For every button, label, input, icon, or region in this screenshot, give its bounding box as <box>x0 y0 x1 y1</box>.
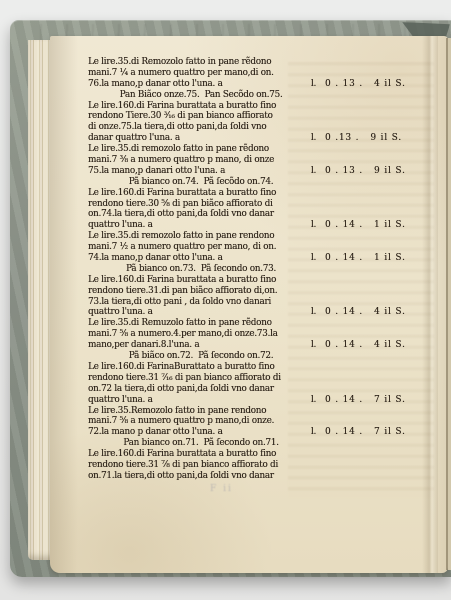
lira-mark: l. <box>311 133 316 144</box>
photo-background: Le lire.35.di Remozolo fatto in pane rẽd… <box>0 0 451 600</box>
line-text: di onze.75.la tiera,di otto pani,da ſold… <box>88 122 266 132</box>
margin-price-note: 0 . 13 . 4 il S. <box>325 79 451 90</box>
margin-price-note: 0 . 14 . 7 il S. <box>325 395 451 406</box>
lira-mark: l. <box>311 166 316 177</box>
text-line: Le lire.35.di Remozolo fatto in pane rẽd… <box>88 57 314 68</box>
line-text: rendono Tiere.30 ³⁄₁₆ di pan bianco affi… <box>88 111 273 121</box>
text-line: mani.7 ⅝ a numero.4.per mano,di onze.73.… <box>88 329 314 340</box>
text-line: quattro l'una. al.0 . 14 . 7 il S. <box>88 395 314 406</box>
text-line: on.74.la tiera,di otto pani,da ſoldi vno… <box>88 209 314 220</box>
text-line: 75.la mano,p danari otto l'una. al.0 . 1… <box>88 166 314 177</box>
lira-mark: l. <box>311 220 316 231</box>
text-line: rendono tiere.31 ⁷⁄₁₆ di pan bianco affi… <box>88 373 314 384</box>
text-line: quattro l'una. al.0 . 14 . 1 il S. <box>88 220 314 231</box>
line-text: 75.la mano,p danari otto l'una. a <box>88 166 225 176</box>
line-text: Le lire.160.di Farina burattata a buratt… <box>88 449 276 459</box>
text-line: Pã bianco on.73. Pã ſecondo on.73. <box>88 264 314 275</box>
text-line: Le lire.160.di FarinaBurattato a buratto… <box>88 362 314 373</box>
lira-mark: l. <box>311 395 316 406</box>
line-text: danar quattro l'una. a <box>88 133 180 143</box>
text-line: on.72 la tiera,di otto pani,da ſoldi vno… <box>88 384 314 395</box>
line-text: 73.la tiera,di otto pani , da ſoldo vno … <box>88 297 271 307</box>
line-text: Le lire.35.Remozolo fatto in pane rendon… <box>88 406 266 416</box>
line-text: Pã bianco on.73. Pã ſecondo on.73. <box>126 264 276 274</box>
margin-price-note: 0 .13 . 9 il S. <box>325 133 451 144</box>
line-text: rendono tiere.31 ⅞ di pan bianco affiora… <box>88 460 278 470</box>
text-line: Le lire.160.di Farina burattata a buratt… <box>88 275 314 286</box>
text-line: Pan bianco on.71. Pã ſecondo on.71. <box>88 438 314 449</box>
line-text: Le lire.160.di FarinaBurattato a buratto… <box>88 362 274 372</box>
line-text: rendono tiere.31.di pan biãco affiorato … <box>88 286 277 296</box>
line-text: Le lire.160.di Farina burattata a buratt… <box>88 275 276 285</box>
line-text: Le lire.35.di remozolo fatto in pane rẽd… <box>88 144 269 154</box>
line-text: mani.7 ⅝ a numero.4.per mano,di onze.73.… <box>88 329 278 339</box>
text-line: rendono tiere.31.di pan biãco affiorato … <box>88 286 314 297</box>
line-text: quattro l'una. a <box>88 395 153 405</box>
margin-price-note: 0 . 14 . 4 il S. <box>325 340 451 351</box>
text-line: mano,per danari.8.l'una. al.0 . 14 . 4 i… <box>88 340 314 351</box>
text-line: rendono tiere.30 ⅝ di pan biãco affiorat… <box>88 199 314 210</box>
line-text: Pã bianco on.74. Pã ſecõdo on.74. <box>129 177 274 187</box>
text-line: Le lire.160.di Farina burattata a buratt… <box>88 188 314 199</box>
line-text: mani.7 ⅝ a numero quattro p mano,di onze… <box>88 416 274 426</box>
text-line: quattro l'una. al.0 . 14 . 4 il S. <box>88 307 314 318</box>
line-text: mani.7 ⅜ a numero quattro p mano, di onz… <box>88 155 274 165</box>
line-text: rendono tiere.31 ⁷⁄₁₆ di pan bianco affi… <box>88 373 281 383</box>
text-line: 74.la mano,p danar otto l'una. al.0 . 14… <box>88 253 314 264</box>
text-line: Le lire.35.di remozolo fatto in pane ren… <box>88 231 314 242</box>
margin-price-note: 0 . 14 . 7 il S. <box>325 427 451 438</box>
text-line: Le lire.35.di remozolo fatto in pane rẽd… <box>88 144 314 155</box>
book-page: Le lire.35.di Remozolo fatto in pane rẽd… <box>50 36 448 573</box>
text-line: mani.7 ⅝ a numero quattro p mano,di onze… <box>88 416 314 427</box>
text-line: Pã bianco on.74. Pã ſecõdo on.74. <box>88 177 314 188</box>
text-line: Pan Biãco onze.75. Pan Secõdo on.75. <box>88 90 314 101</box>
text-line: danar quattro l'una. al.0 .13 . 9 il S. <box>88 133 314 144</box>
line-text: mano,per danari.8.l'una. a <box>88 340 199 350</box>
lira-mark: l. <box>311 253 316 264</box>
text-line: mani.7 ¼ a numero quattro per mano,di on… <box>88 68 314 79</box>
bleed-through-mark: F ii <box>210 484 233 494</box>
text-line: 76.la mano,p danar otto l'una. al.0 . 13… <box>88 79 314 90</box>
lira-mark: l. <box>311 427 316 438</box>
margin-price-note: 0 . 14 . 1 il S. <box>325 220 451 231</box>
text-line: rendono Tiere.30 ³⁄₁₆ di pan bianco affi… <box>88 111 314 122</box>
line-text: Pã biãco on.72. Pã ſecondo on.72. <box>129 351 274 361</box>
line-text: mani.7 ½ a numero quattro per mano, di o… <box>88 242 276 252</box>
text-line: Le lire.35.di Remuzolo fatto in pane rẽd… <box>88 318 314 329</box>
line-text: 74.la mano,p danar otto l'una. a <box>88 253 223 263</box>
line-text: on.74.la tiera,di otto pani,da ſoldi vno… <box>88 209 274 219</box>
line-text: 76.la mano,p danar otto l'una. a <box>88 79 223 89</box>
line-text: quattro l'una. a <box>88 220 153 230</box>
text-line: Le lire.160.di Farina burattata a buratt… <box>88 449 314 460</box>
line-text: Pan Biãco onze.75. Pan Secõdo on.75. <box>120 90 283 100</box>
text-line: mani.7 ½ a numero quattro per mano, di o… <box>88 242 314 253</box>
line-text: Le lire.160.di Farina burattata a buratt… <box>88 188 276 198</box>
line-text: Le lire.35.di remozolo fatto in pane ren… <box>88 231 274 241</box>
line-text: 72.la mano p danar otto l'una. a <box>88 427 223 437</box>
text-line: Pã biãco on.72. Pã ſecondo on.72. <box>88 351 314 362</box>
line-text: on.71.la tiera,di otto pani,da ſoldi vno… <box>88 471 274 481</box>
text-line: 73.la tiera,di otto pani , da ſoldo vno … <box>88 297 314 308</box>
line-text: rendono tiere.30 ⅝ di pan biãco affiorat… <box>88 199 273 209</box>
line-text: Le lire.35.di Remuzolo fatto in pane rẽd… <box>88 318 272 328</box>
line-text: Pan bianco on.71. Pã ſecondo on.71. <box>123 438 278 448</box>
text-line: rendono tiere.31 ⅞ di pan bianco affiora… <box>88 460 314 471</box>
text-line: Le lire.160.di Farina burattata a buratt… <box>88 101 314 112</box>
line-text: Le lire.160.di Farina burattata a buratt… <box>88 101 276 111</box>
margin-price-note: 0 . 14 . 1 il S. <box>325 253 451 264</box>
text-block: Le lire.35.di Remozolo fatto in pane rẽd… <box>88 57 314 482</box>
lira-mark: l. <box>311 307 316 318</box>
line-text: mani.7 ¼ a numero quattro per mano,di on… <box>88 68 274 78</box>
lira-mark: l. <box>311 340 316 351</box>
line-text: Le lire.35.di Remozolo fatto in pane rẽd… <box>88 57 271 67</box>
margin-price-note: 0 . 14 . 4 il S. <box>325 307 451 318</box>
text-line: Le lire.35.Remozolo fatto in pane rendon… <box>88 406 314 417</box>
text-line: mani.7 ⅜ a numero quattro p mano, di onz… <box>88 155 314 166</box>
line-text: on.72 la tiera,di otto pani,da ſoldi vno… <box>88 384 274 394</box>
fore-edge-crease <box>422 36 438 573</box>
text-line: 72.la mano p danar otto l'una. al.0 . 14… <box>88 427 314 438</box>
text-line: di onze.75.la tiera,di otto pani,da ſold… <box>88 122 314 133</box>
line-text: quattro l'una. a <box>88 307 153 317</box>
margin-price-note: 0 . 13 . 9 il S. <box>325 166 451 177</box>
text-line: on.71.la tiera,di otto pani,da ſoldi vno… <box>88 471 314 482</box>
lira-mark: l. <box>311 79 316 90</box>
